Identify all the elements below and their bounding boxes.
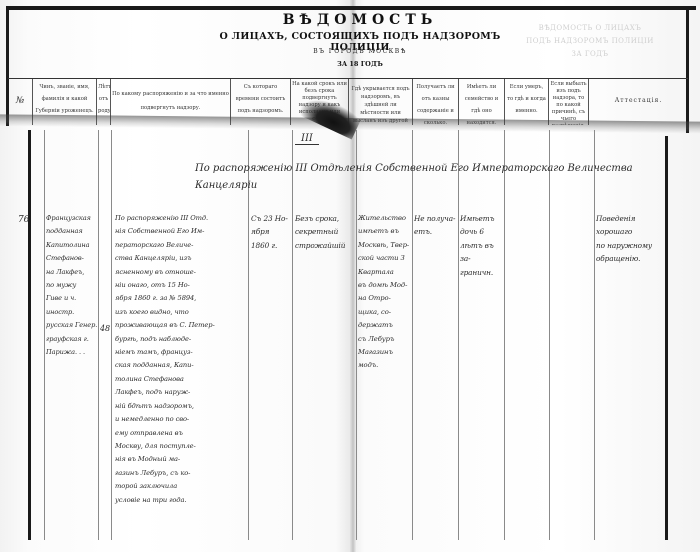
entry-residence: Жительство имѣетъ въ Москвѣ, Твер- ской …: [358, 212, 412, 373]
hw-line: ніи онаго, отъ 15 Но-: [115, 279, 247, 292]
frame-border-left-lower: [28, 130, 31, 540]
hw-line: ства Канцеляріи, изъ: [115, 252, 247, 265]
hw-line: Имѣетъ: [460, 212, 504, 225]
frame-border-right-lower: [665, 136, 668, 540]
bleed-through-text: ВѢДОМОСТЬ О ЛИЦАХЪ ПОДЪ НАДЗОРОМЪ ПОЛИЦІ…: [500, 22, 680, 61]
hw-line: держатъ: [358, 319, 412, 332]
hw-line: по мужу: [46, 279, 100, 292]
hw-line: по наружному: [596, 239, 664, 252]
hw-line: ясненному въ отноше-: [115, 266, 247, 279]
hw-line: ября: [251, 225, 293, 238]
entry-order: По распоряженію III Отд. нія Собственной…: [115, 212, 247, 507]
hw-line: ему отправлена въ: [115, 427, 247, 440]
column-divider: [44, 130, 45, 540]
hw-line: условіе на три года.: [115, 494, 247, 507]
hw-line: ній бдѣтъ надзоромъ,: [115, 400, 247, 413]
hw-line: ября 1860 г. за № 5894,: [115, 292, 247, 305]
col-header-attestation: Аттестація.: [588, 79, 688, 125]
frame-border-top: [6, 6, 696, 10]
hw-line: Москву, для поступле-: [115, 440, 247, 453]
hw-line: и немедленно по сво-: [115, 413, 247, 426]
bleed-line: ВѢДОМОСТЬ О ЛИЦАХЪ: [500, 22, 680, 35]
hw-line: секретный: [295, 225, 353, 238]
hw-line: Французская: [46, 212, 100, 225]
hw-line: щика, со-: [358, 306, 412, 319]
hw-line: дочь 6: [460, 225, 504, 238]
hw-line: По распоряженію III Отд.: [115, 212, 247, 225]
hw-line: Жительство: [358, 212, 412, 225]
hw-line: строжайшій: [295, 239, 353, 252]
hw-line: имѣетъ въ: [358, 225, 412, 238]
bleed-line: ЗА ГОДЪ: [500, 48, 680, 61]
entry-property: Имѣетъ дочь 6 лѣтъ въ за- граничн.: [460, 212, 504, 279]
document-title: ВѢДОМОСТЬ: [200, 12, 520, 28]
col-header-property: Имѣетъ ли семейство и гдѣ оно находится.: [458, 79, 504, 125]
bleed-line: ПОДЪ НАДЗОРОМЪ ПОЛИЦІИ: [500, 35, 680, 48]
hw-line: на Лакфеъ,: [46, 266, 100, 279]
hw-line: ской части 3: [358, 252, 412, 265]
entry-term: Безъ срока, секретный строжайшій: [295, 212, 353, 252]
document-page: ВѢДОМОСТЬ О ЛИЦАХЪ ПОДЪ НАДЗОРОМЪ ПОЛИЦІ…: [0, 0, 700, 552]
hw-line: газинъ Лебуръ, съ ко-: [115, 467, 247, 480]
hw-line: Съ 23 Но-: [251, 212, 293, 225]
hw-line: ператорскаго Величе-: [115, 239, 247, 252]
entry-allowance: Не получа- етъ.: [414, 212, 458, 239]
hw-line: бургѣ, подъ наблюде-: [115, 333, 247, 346]
hw-line: проживающая въ С. Петер-: [115, 319, 247, 332]
hw-line: модъ.: [358, 359, 412, 372]
column-divider: [111, 130, 112, 540]
entry-since: Съ 23 Но- ября 1860 г.: [251, 212, 293, 252]
hw-line: лѣтъ въ за-: [460, 239, 504, 266]
hw-line: толина Стефанова: [115, 373, 247, 386]
hw-line: Квартала: [358, 266, 412, 279]
hw-line: Гиве и ч. иностр.: [46, 292, 100, 319]
hw-line: Не получа-: [414, 212, 458, 225]
hw-line: изъ коего видно, что: [115, 306, 247, 319]
hw-line: Капитолина Стефанов-: [46, 239, 100, 266]
hw-line: Москвѣ, Твер-: [358, 239, 412, 252]
hw-line: грауфская г.: [46, 333, 100, 346]
col-header-removed: Если выбылъ изъ подъ надзора, то по како…: [548, 79, 588, 125]
hw-line: на Отро-: [358, 292, 412, 305]
hw-line: 1860 г.: [251, 239, 293, 252]
entry-number: 76: [18, 214, 29, 227]
hw-line: обращенію.: [596, 252, 664, 265]
col-header-death: Если умеръ, то гдѣ и когда именно.: [504, 79, 548, 125]
hw-line: въ домѣ Мод-: [358, 279, 412, 292]
entry-rank: Французская подданная Капитолина Стефано…: [46, 212, 100, 359]
hw-line: ніемъ тамъ, француз-: [115, 346, 247, 359]
hw-line: Поведенія хорошаго: [596, 212, 664, 239]
hw-line: Безъ срока,: [295, 212, 353, 225]
hw-line: Парижа. . .: [46, 346, 100, 359]
hw-line: съ Лебуръ: [358, 333, 412, 346]
hw-line: граничн.: [460, 266, 504, 279]
entry-age: 48: [100, 322, 110, 335]
entry-attestation: Поведенія хорошаго по наружному обращені…: [596, 212, 664, 266]
hw-line: нія въ Модный ма-: [115, 453, 247, 466]
hw-line: русская Генер.: [46, 319, 100, 332]
hw-line: торой заключила: [115, 480, 247, 493]
document-city: ВЪ ГОРОДѢ МОСКВѢ: [200, 48, 520, 55]
hw-line: етъ.: [414, 225, 458, 238]
hw-line: Магазинъ: [358, 346, 412, 359]
hw-line: ская подданная, Капи-: [115, 359, 247, 372]
section-heading: По распоряженію III Отдѣленія Собственно…: [195, 160, 665, 194]
hw-line: нія Собственной Его Им-: [115, 225, 247, 238]
hw-line: подданная: [46, 225, 100, 238]
document-year: ЗА 18 ГОДЪ: [200, 60, 520, 68]
section-number: III: [295, 133, 319, 145]
hw-line: Лакфеъ, подъ наруж-: [115, 386, 247, 399]
